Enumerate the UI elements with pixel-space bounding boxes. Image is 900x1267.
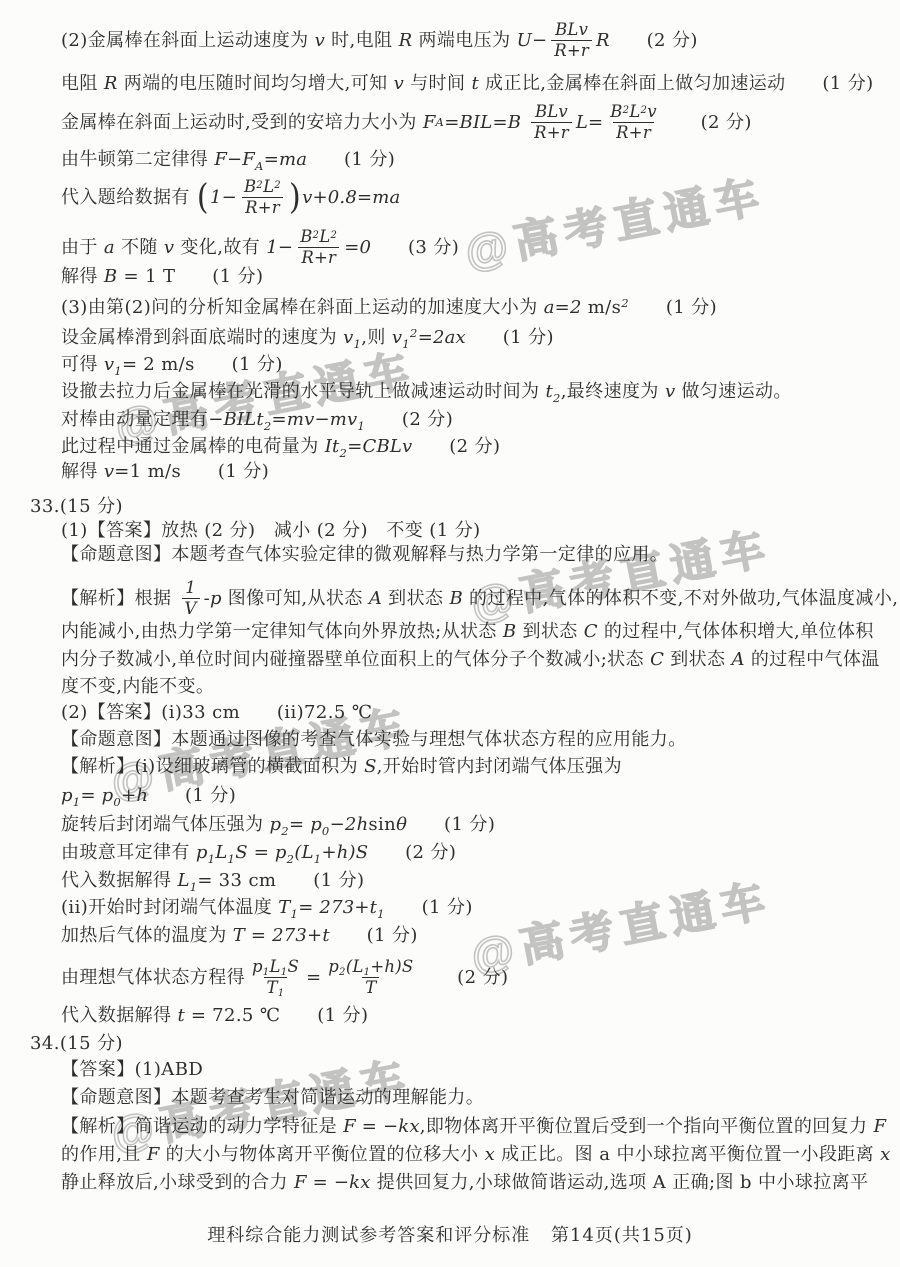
math-segment: T: [267, 978, 278, 997]
math-segment: = 273+t: [245, 925, 330, 946]
math-segment: F: [874, 1116, 887, 1137]
fraction: B2L2R+r: [241, 177, 284, 217]
text-segment: (1)【答案】放热 (2 分) 减小 (2 分) 不变 (1 分): [61, 520, 481, 541]
math-segment: R: [104, 73, 118, 94]
footer-page-number: 第14页(共15页): [551, 1225, 693, 1246]
fraction-denominator: V: [182, 598, 200, 618]
text-segment: 33 cm (1 分): [219, 870, 365, 891]
fraction-numerator: p1L1S: [249, 957, 302, 976]
math-segment: L: [319, 227, 330, 246]
math-segment: p: [61, 785, 73, 806]
fraction-numerator: p2(L1+h)S: [325, 957, 416, 976]
text-line-15: 33.(15 分): [30, 493, 123, 520]
math-segment: L=: [576, 109, 603, 136]
text-line-35: 【命题意图】本题考查考生对简谐运动的理解能力。: [61, 1084, 484, 1111]
text-segment: = 1 T (1 分): [117, 266, 263, 287]
math-segment: =: [122, 354, 143, 375]
subscript: 1: [402, 337, 410, 351]
text-line-25: p1= p0+h (1 分): [61, 782, 236, 809]
text-line-12: 对棒由动量定理有−BILt2=mv−mv1 (2 分): [61, 406, 453, 433]
math-segment: F: [343, 1116, 356, 1137]
math-segment: t: [471, 73, 478, 94]
text-segment: 的大小与物体离开平衡位置的位移大小: [160, 1144, 485, 1165]
fraction: B2L2R+r: [297, 227, 340, 267]
math-segment: θ: [396, 814, 407, 835]
math-segment: L: [178, 870, 190, 891]
text-segment: 【命题意图】本题考查气体实验定律的微观解释与热力学第一定律的应用。: [61, 544, 668, 565]
text-segment: (2 分): [610, 27, 698, 54]
math-segment: v: [392, 327, 402, 348]
text-segment: 到状态: [664, 649, 731, 670]
text-line-16: (1)【答案】放热 (2 分) 减小 (2 分) 不变 (1 分): [61, 517, 481, 544]
big-paren: (: [197, 181, 209, 212]
text-line-7: 解得 B = 1 T (1 分): [61, 263, 263, 290]
text-segment: (1 分): [385, 897, 473, 918]
math-segment: =: [306, 964, 321, 991]
text-segment: 由于: [61, 234, 104, 261]
watermark-stamp: @高考直通车: [465, 863, 777, 984]
math-segment: It: [325, 436, 340, 457]
text-segment: 设撤去拉力后金属棒在光滑的水平导轨上做减速运动时间为: [61, 381, 546, 402]
fraction-numerator: 1: [182, 578, 199, 597]
text-line-32: 代入数据解得 t = 72.5 ℃ (1 分): [61, 1002, 368, 1029]
text-line-9: 设金属棒滑到斜面底端时的速度为 v1,则 v12=2ax (1 分): [61, 324, 554, 351]
fraction-denominator: R+r: [298, 247, 339, 267]
text-segment: (ii)开始时封闭端气体温度: [61, 897, 278, 918]
math-segment: v: [104, 461, 114, 482]
math-segment: +h: [121, 785, 148, 806]
text-line-24: 【解析】(i)设细玻璃管的横截面积为 S,开始时管内封闭端气体压强为: [61, 753, 622, 780]
text-segment: m/s: [582, 297, 622, 318]
text-segment: 代入数据解得: [61, 1005, 178, 1026]
math-segment: x: [880, 1144, 890, 1165]
fraction-denominator: R+r: [242, 197, 283, 217]
text-line-4: 由牛顿第二定律得 F−FA=ma (1 分): [61, 146, 395, 173]
subscript: 0: [322, 824, 330, 838]
fraction: p1L1ST1: [249, 957, 302, 997]
math-segment: = 273+t: [298, 897, 377, 918]
math-segment: +h)S: [321, 842, 368, 863]
text-segment: 内分子数减小,单位时间内碰撞器壁单位面积上的气体分子个数减小;状态: [61, 649, 650, 670]
text-segment: 电阻: [61, 73, 104, 94]
superscript: 2: [274, 180, 281, 191]
text-segment: 图像可知,从状态: [222, 585, 369, 612]
subscript: 2: [553, 391, 561, 405]
text-segment: 2 m/s (1 分): [143, 354, 283, 375]
text-segment: 到状态: [516, 621, 583, 642]
text-segment: 72.5 ℃ (1 分): [212, 1005, 368, 1026]
text-segment: sin: [368, 814, 396, 835]
big-paren: ): [289, 181, 301, 212]
text-segment: 变化,故有: [174, 234, 266, 261]
fraction: BLvR+r: [531, 102, 572, 142]
math-segment: A: [369, 585, 382, 612]
text-segment: ,开始时管内封闭端气体压强为: [377, 756, 622, 777]
math-segment: B: [244, 177, 256, 196]
text-segment: (1 分): [307, 149, 395, 170]
text-segment: 此过程中通过金属棒的电荷量为: [61, 436, 325, 457]
math-segment: =: [197, 870, 218, 891]
math-segment: T: [365, 978, 376, 997]
math-segment: L: [215, 842, 227, 863]
math-segment: =0: [344, 234, 371, 261]
text-line-29: (ii)开始时封闭端气体温度 T1= 273+t1 (1 分): [61, 894, 473, 921]
fraction: BLvR+r: [551, 20, 592, 60]
text-line-1: (2)金属棒在斜面上运动速度为 v 时,电阻 R 两端电压为 U−BLvR+rR…: [61, 16, 698, 64]
math-segment: V: [185, 599, 197, 618]
math-segment: v: [302, 184, 312, 211]
text-segment: 的作用,且: [61, 1144, 147, 1165]
text-segment: 34.(15 分): [30, 1033, 123, 1054]
text-line-30: 加热后气体的温度为 T = 273+t (1 分): [61, 922, 418, 949]
text-line-33: 34.(15 分): [30, 1030, 123, 1057]
math-segment: L: [263, 177, 274, 196]
math-segment: B: [610, 102, 622, 121]
fraction-denominator: R+r: [551, 40, 592, 60]
text-segment: (3 分): [371, 234, 459, 261]
math-segment: R+r: [301, 248, 336, 267]
watermark-stamp: @高考直通车: [459, 159, 771, 280]
text-line-19: 内能减小,由热力学第一定律知气体向外界放热;从状态 B 到状态 C 的过程中,气…: [61, 618, 874, 645]
superscript: 2: [621, 296, 629, 310]
math-segment: a: [544, 297, 555, 318]
math-segment: =: [185, 1005, 212, 1026]
math-segment: (L: [346, 957, 364, 976]
math-segment: BLv: [555, 20, 588, 39]
math-segment: =: [114, 461, 129, 482]
math-segment: C: [584, 621, 598, 642]
math-segment: BLv: [535, 102, 568, 121]
superscript: 2: [410, 326, 418, 340]
text-line-3: 金属棒在斜面上运动时,受到的安培力大小为 FA=BIL=B BLvR+rL=B2…: [61, 98, 752, 146]
fraction: B2L2vR+r: [607, 102, 660, 142]
math-segment: = p: [289, 814, 322, 835]
text-segment: 【解析】简谐运动的动力学特征是: [61, 1116, 343, 1137]
subscript: 1: [377, 907, 385, 921]
text-line-5: 代入题给数据有 (1−B2L2R+r)v+0.8=ma: [61, 173, 400, 221]
subscript: A: [255, 159, 264, 173]
text-line-18: 【解析】根据 1V-p 图像可知,从状态 A 到状态 B 的过程中,气体的体积不…: [61, 574, 898, 622]
text-line-2: 电阻 R 两端的电压随时间均匀增大,可知 v 与时间 t 成正比,金属棒在斜面上…: [61, 70, 874, 97]
math-segment: p: [196, 842, 208, 863]
text-line-13: 此过程中通过金属棒的电荷量为 It2=CBLv (2 分): [61, 433, 500, 460]
math-segment: F: [147, 1144, 160, 1165]
text-segment: 成正比,金属棒在斜面上做匀加速运动 (1 分): [479, 73, 874, 94]
math-segment: 1: [185, 578, 196, 597]
math-segment: t: [546, 381, 553, 402]
text-segment: 33.(15 分): [30, 496, 123, 517]
fraction: p2(L1+h)ST: [325, 957, 416, 997]
text-segment: (1 分): [148, 785, 236, 806]
exam-answer-page: @高考直通车@高考直通车@高考直通车@高考直通车@高考直通车@高考直通车 (2)…: [0, 0, 900, 1267]
text-segment: ,则: [361, 327, 392, 348]
math-segment: B: [300, 227, 312, 246]
math-segment: =ma: [264, 149, 307, 170]
text-segment: 内能减小,由热力学第一定律知气体向外界放热;从状态: [61, 621, 503, 642]
subscript: 0: [113, 795, 121, 809]
math-segment: −BILt: [208, 409, 264, 430]
fraction-denominator: R+r: [531, 122, 572, 142]
text-segment: (3)由第(2)问的分析知金属棒在斜面上运动的加速度大小为: [61, 297, 544, 318]
text-segment: 成正比。图 a 中小球拉离平衡位置一小段距离: [495, 1144, 880, 1165]
math-segment: v: [164, 234, 174, 261]
math-segment: B: [503, 621, 516, 642]
math-segment: S = p: [235, 842, 286, 863]
math-segment: S: [287, 957, 299, 976]
text-segment: (1 分): [466, 327, 554, 348]
text-line-17: 【命题意图】本题考查气体实验定律的微观解释与热力学第一定律的应用。: [61, 541, 668, 568]
text-line-36: 【解析】简谐运动的动力学特征是 F = −kx,即物体离开平衡位置后受到一个指向…: [61, 1113, 886, 1140]
text-segment: (2 分): [412, 436, 500, 457]
math-segment: =2ax: [418, 327, 466, 348]
subscript: 1: [357, 419, 365, 433]
math-segment: = p: [80, 785, 113, 806]
superscript: 2: [330, 230, 337, 241]
subscript: 2: [339, 967, 346, 978]
math-segment: v: [394, 73, 404, 94]
fraction-denominator: R+r: [613, 122, 654, 142]
math-segment: T: [278, 897, 290, 918]
fraction-denominator: T1: [264, 977, 288, 997]
footer-doc-title: 理科综合能力测试参考答案和评分标准: [207, 1225, 530, 1246]
text-segment: 到状态: [382, 585, 449, 612]
text-line-34: 【答案】(1)ABD: [61, 1056, 203, 1083]
math-segment: −2h: [330, 814, 369, 835]
math-segment: R+r: [554, 41, 589, 60]
text-segment: ,最终速度为: [561, 381, 665, 402]
math-segment: p: [252, 957, 263, 976]
fraction-numerator: BLv: [532, 102, 571, 121]
text-segment: 加热后气体的温度为: [61, 925, 233, 946]
math-segment: = −kx: [307, 1172, 371, 1193]
text-segment: 由玻意耳定律有: [61, 842, 196, 863]
math-segment: v: [665, 381, 675, 402]
text-segment: 解得: [61, 461, 104, 482]
text-segment: 的过程中,气体的体积不变,不对外做功,气体温度减小,: [463, 585, 898, 612]
math-segment: x: [485, 1144, 495, 1165]
math-segment: T: [233, 925, 245, 946]
math-segment: =2: [555, 297, 582, 318]
text-segment: 做匀速运动。: [675, 381, 792, 402]
fraction-numerator: B2L2: [241, 177, 284, 196]
page-footer: 理科综合能力测试参考答案和评分标准 第14页(共15页): [0, 1221, 900, 1247]
fraction-numerator: B2L2: [297, 227, 340, 246]
text-segment: 解得: [61, 266, 104, 287]
text-segment: (1 分): [407, 814, 495, 835]
text-segment: 【解析】(i)设细玻璃管的横截面积为: [61, 756, 364, 777]
text-segment: 的过程中气体温: [745, 649, 880, 670]
text-segment: 度不变,内能不变。: [61, 676, 214, 697]
math-segment: 1−: [266, 234, 293, 261]
text-line-28: 代入数据解得 L1= 33 cm (1 分): [61, 867, 364, 894]
math-segment: p: [270, 814, 282, 835]
math-segment: t: [178, 1005, 185, 1026]
text-segment: 与时间: [404, 73, 471, 94]
text-line-10: 可得 v1= 2 m/s (1 分): [61, 351, 283, 378]
text-segment: 两端的电压随时间均匀增大,可知: [118, 73, 394, 94]
text-line-23: 【命题意图】本题通过图像的考查气体实验与理想气体状态方程的应用能力。: [61, 726, 687, 753]
text-segment: 【解析】根据: [61, 585, 178, 612]
text-segment: (2)【答案】(i)33 cm (ii)72.5 ℃: [61, 702, 372, 723]
math-segment: R+r: [534, 123, 569, 142]
math-segment: p: [328, 957, 339, 976]
subscript: 2: [281, 824, 289, 838]
math-segment: R+r: [616, 123, 651, 142]
text-segment: (1 分): [629, 297, 717, 318]
math-segment: =CBLv: [347, 436, 412, 457]
text-segment: 【命题意图】本题通过图像的考查气体实验与理想气体状态方程的应用能力。: [61, 729, 687, 750]
text-line-14: 解得 v=1 m/s (1 分): [61, 458, 269, 485]
math-segment: A: [732, 649, 745, 670]
math-segment: C: [650, 649, 664, 670]
math-segment: = −kx: [356, 1116, 420, 1137]
text-line-20: 内分子数减小,单位时间内碰撞器壁单位面积上的气体分子个数减小;状态 C 到状态 …: [61, 646, 880, 673]
math-segment: F−F: [214, 149, 255, 170]
math-segment: S: [364, 756, 377, 777]
math-segment: +h)S: [370, 957, 413, 976]
text-line-22: (2)【答案】(i)33 cm (ii)72.5 ℃: [61, 699, 372, 726]
math-segment: +0.8=ma: [312, 184, 400, 211]
math-segment: (L: [294, 842, 313, 863]
text-segment: (2 分): [664, 109, 752, 136]
math-segment: B: [450, 585, 463, 612]
math-segment: R: [596, 27, 610, 54]
math-segment: a: [104, 234, 115, 261]
math-segment: =BIL=B: [444, 109, 527, 136]
text-segment: 设金属棒滑到斜面底端时的速度为: [61, 327, 343, 348]
text-line-11: 设撤去拉力后金属棒在光滑的水平导轨上做减速运动时间为 t2,最终速度为 v 做匀…: [61, 378, 792, 405]
text-segment: (2 分): [420, 964, 508, 991]
text-line-27: 由玻意耳定律有 p1L1S = p2(L1+h)S (2 分): [61, 839, 456, 866]
text-segment: 旋转后封闭端气体压强为: [61, 814, 270, 835]
subscript: 1: [278, 988, 285, 999]
math-segment: =mv−mv: [272, 409, 358, 430]
text-line-8: (3)由第(2)问的分析知金属棒在斜面上运动的加速度大小为 a=2 m/s2 (…: [61, 294, 717, 321]
text-segment: 对棒由动量定理有: [61, 409, 208, 430]
math-segment: v: [343, 327, 353, 348]
math-segment: U−: [517, 27, 548, 54]
text-line-38: 静止释放后,小球受到的合力 F = −kx 提供回复力,小球做简谐运动,选项 A…: [61, 1169, 868, 1196]
text-segment: 由牛顿第二定律得: [61, 149, 214, 170]
text-segment: 金属棒在斜面上运动时,受到的安培力大小为: [61, 109, 423, 136]
text-segment: 两端电压为: [412, 27, 516, 54]
math-segment: F: [423, 109, 436, 136]
math-segment: L: [629, 102, 640, 121]
text-segment: 时,电阻: [325, 27, 399, 54]
text-segment: 1 m/s (1 分): [130, 461, 270, 482]
text-segment: 代入数据解得: [61, 870, 178, 891]
text-line-26: 旋转后封闭端气体压强为 p2= p0−2hsinθ (1 分): [61, 811, 495, 838]
subscript: 1: [114, 364, 122, 378]
text-segment: (2)金属棒在斜面上运动速度为: [61, 27, 315, 54]
math-segment: L: [270, 957, 281, 976]
text-line-37: 的作用,且 F 的大小与物体离开平衡位置的位移大小 x 成正比。图 a 中小球拉…: [61, 1141, 891, 1168]
fraction-numerator: B2L2v: [607, 102, 660, 121]
text-segment: 由理想气体状态方程得: [61, 964, 245, 991]
text-segment: 的过程中,气体体积增大,单位体积: [598, 621, 874, 642]
math-segment: v: [315, 27, 325, 54]
text-segment: 不随: [115, 234, 164, 261]
text-segment: 静止释放后,小球受到的合力: [61, 1172, 294, 1193]
math-segment: R: [399, 27, 413, 54]
math-segment: v: [104, 354, 114, 375]
text-segment: 代入题给数据有: [61, 184, 196, 211]
text-segment: ,即物体离开平衡位置后受到一个指向平衡位置的回复力: [420, 1116, 874, 1137]
math-segment: v: [647, 102, 657, 121]
math-segment: F: [294, 1172, 307, 1193]
text-segment: 【命题意图】本题考查考生对简谐运动的理解能力。: [61, 1087, 484, 1108]
math-segment: 1−: [210, 184, 237, 211]
text-line-21: 度不变,内能不变。: [61, 673, 214, 700]
text-segment: 提供回复力,小球做简谐运动,选项 A 正确;图 b 中小球拉离平: [371, 1172, 869, 1193]
text-segment: 可得: [61, 354, 104, 375]
fraction-denominator: T: [362, 977, 379, 997]
subscript: 2: [264, 419, 272, 433]
text-segment: (2 分): [365, 409, 453, 430]
fraction-numerator: BLv: [552, 20, 591, 39]
math-segment: -p: [204, 585, 222, 612]
fraction: 1V: [182, 578, 200, 618]
math-segment: R+r: [245, 198, 280, 217]
text-segment: (2 分): [368, 842, 456, 863]
text-segment: (1 分): [330, 925, 418, 946]
math-segment: B: [104, 266, 117, 287]
text-line-31: 由理想气体状态方程得p1L1ST1=p2(L1+h)ST (2 分): [61, 953, 508, 1001]
text-segment: 【答案】(1)ABD: [61, 1059, 203, 1080]
